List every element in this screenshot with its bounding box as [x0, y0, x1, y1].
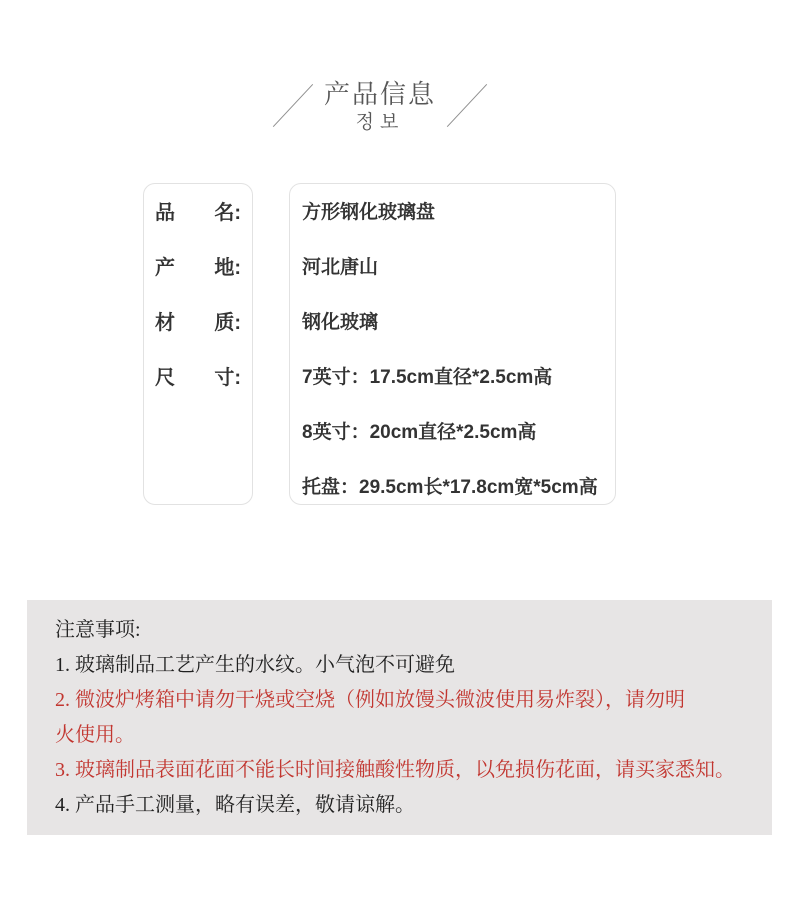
spec-label-text: 名: [214, 196, 241, 225]
spec-value-size-tray: 托盘：29.5cm长*17.8cm宽*5cm高 [290, 465, 615, 505]
spec-label-text: 地: [214, 251, 241, 280]
spec-label-text: 材 [155, 306, 175, 335]
notice-item-3: 3. 玻璃制品表面花面不能长时间接触酸性物质，以免损伤花面，请买家悉知。 [55, 753, 762, 788]
spec-value-origin: 河北唐山 [290, 245, 615, 285]
section-header: 产品信息 정보 [266, 76, 494, 142]
notice-item-4: 4. 产品手工测量，略有误差，敬请谅解。 [55, 788, 762, 823]
spec-label-text: 寸: [214, 361, 241, 390]
page-subtitle: 정보 [266, 112, 494, 134]
spec-value-size-8inch: 8英寸：20cm直径*2.5cm高 [290, 410, 615, 450]
spec-label-material: 材 质: [144, 300, 252, 340]
spec-label-text: 质: [214, 306, 241, 335]
spec-value-size-7inch: 7英寸：17.5cm直径*2.5cm高 [290, 355, 615, 395]
spec-label-name: 品 名: [144, 190, 252, 230]
spec-label-size: 尺 寸: [144, 355, 252, 395]
notice-heading: 注意事项: [55, 613, 762, 648]
spec-label-origin: 产 地: [144, 245, 252, 285]
spec-label-text: 品 [155, 196, 175, 225]
spec-label-box: 品 名: 产 地: 材 质: 尺 寸: [143, 183, 253, 505]
spec-value-box: 方形钢化玻璃盘 河北唐山 钢化玻璃 7英寸：17.5cm直径*2.5cm高 8英… [289, 183, 616, 505]
spec-value-material: 钢化玻璃 [290, 300, 615, 340]
notice-item-2: 2. 微波炉烤箱中请勿干烧或空烧（例如放馒头微波使用易炸裂），请勿明 [55, 683, 762, 718]
notice-item-2-continued: 火使用。 [55, 718, 762, 753]
notice-panel: 注意事项: 1. 玻璃制品工艺产生的水纹。小气泡不可避免 2. 微波炉烤箱中请勿… [27, 600, 772, 835]
product-info-page: 产品信息 정보 品 名: 产 地: 材 质: 尺 寸: 方形钢化玻璃盘 河北唐山… [0, 0, 790, 900]
spec-value-name: 方形钢化玻璃盘 [290, 190, 615, 230]
notice-item-1: 1. 玻璃制品工艺产生的水纹。小气泡不可避免 [55, 648, 762, 683]
spec-label-text: 产 [155, 251, 175, 280]
page-title: 产品信息 [266, 76, 494, 109]
spec-label-text: 尺 [155, 361, 175, 390]
